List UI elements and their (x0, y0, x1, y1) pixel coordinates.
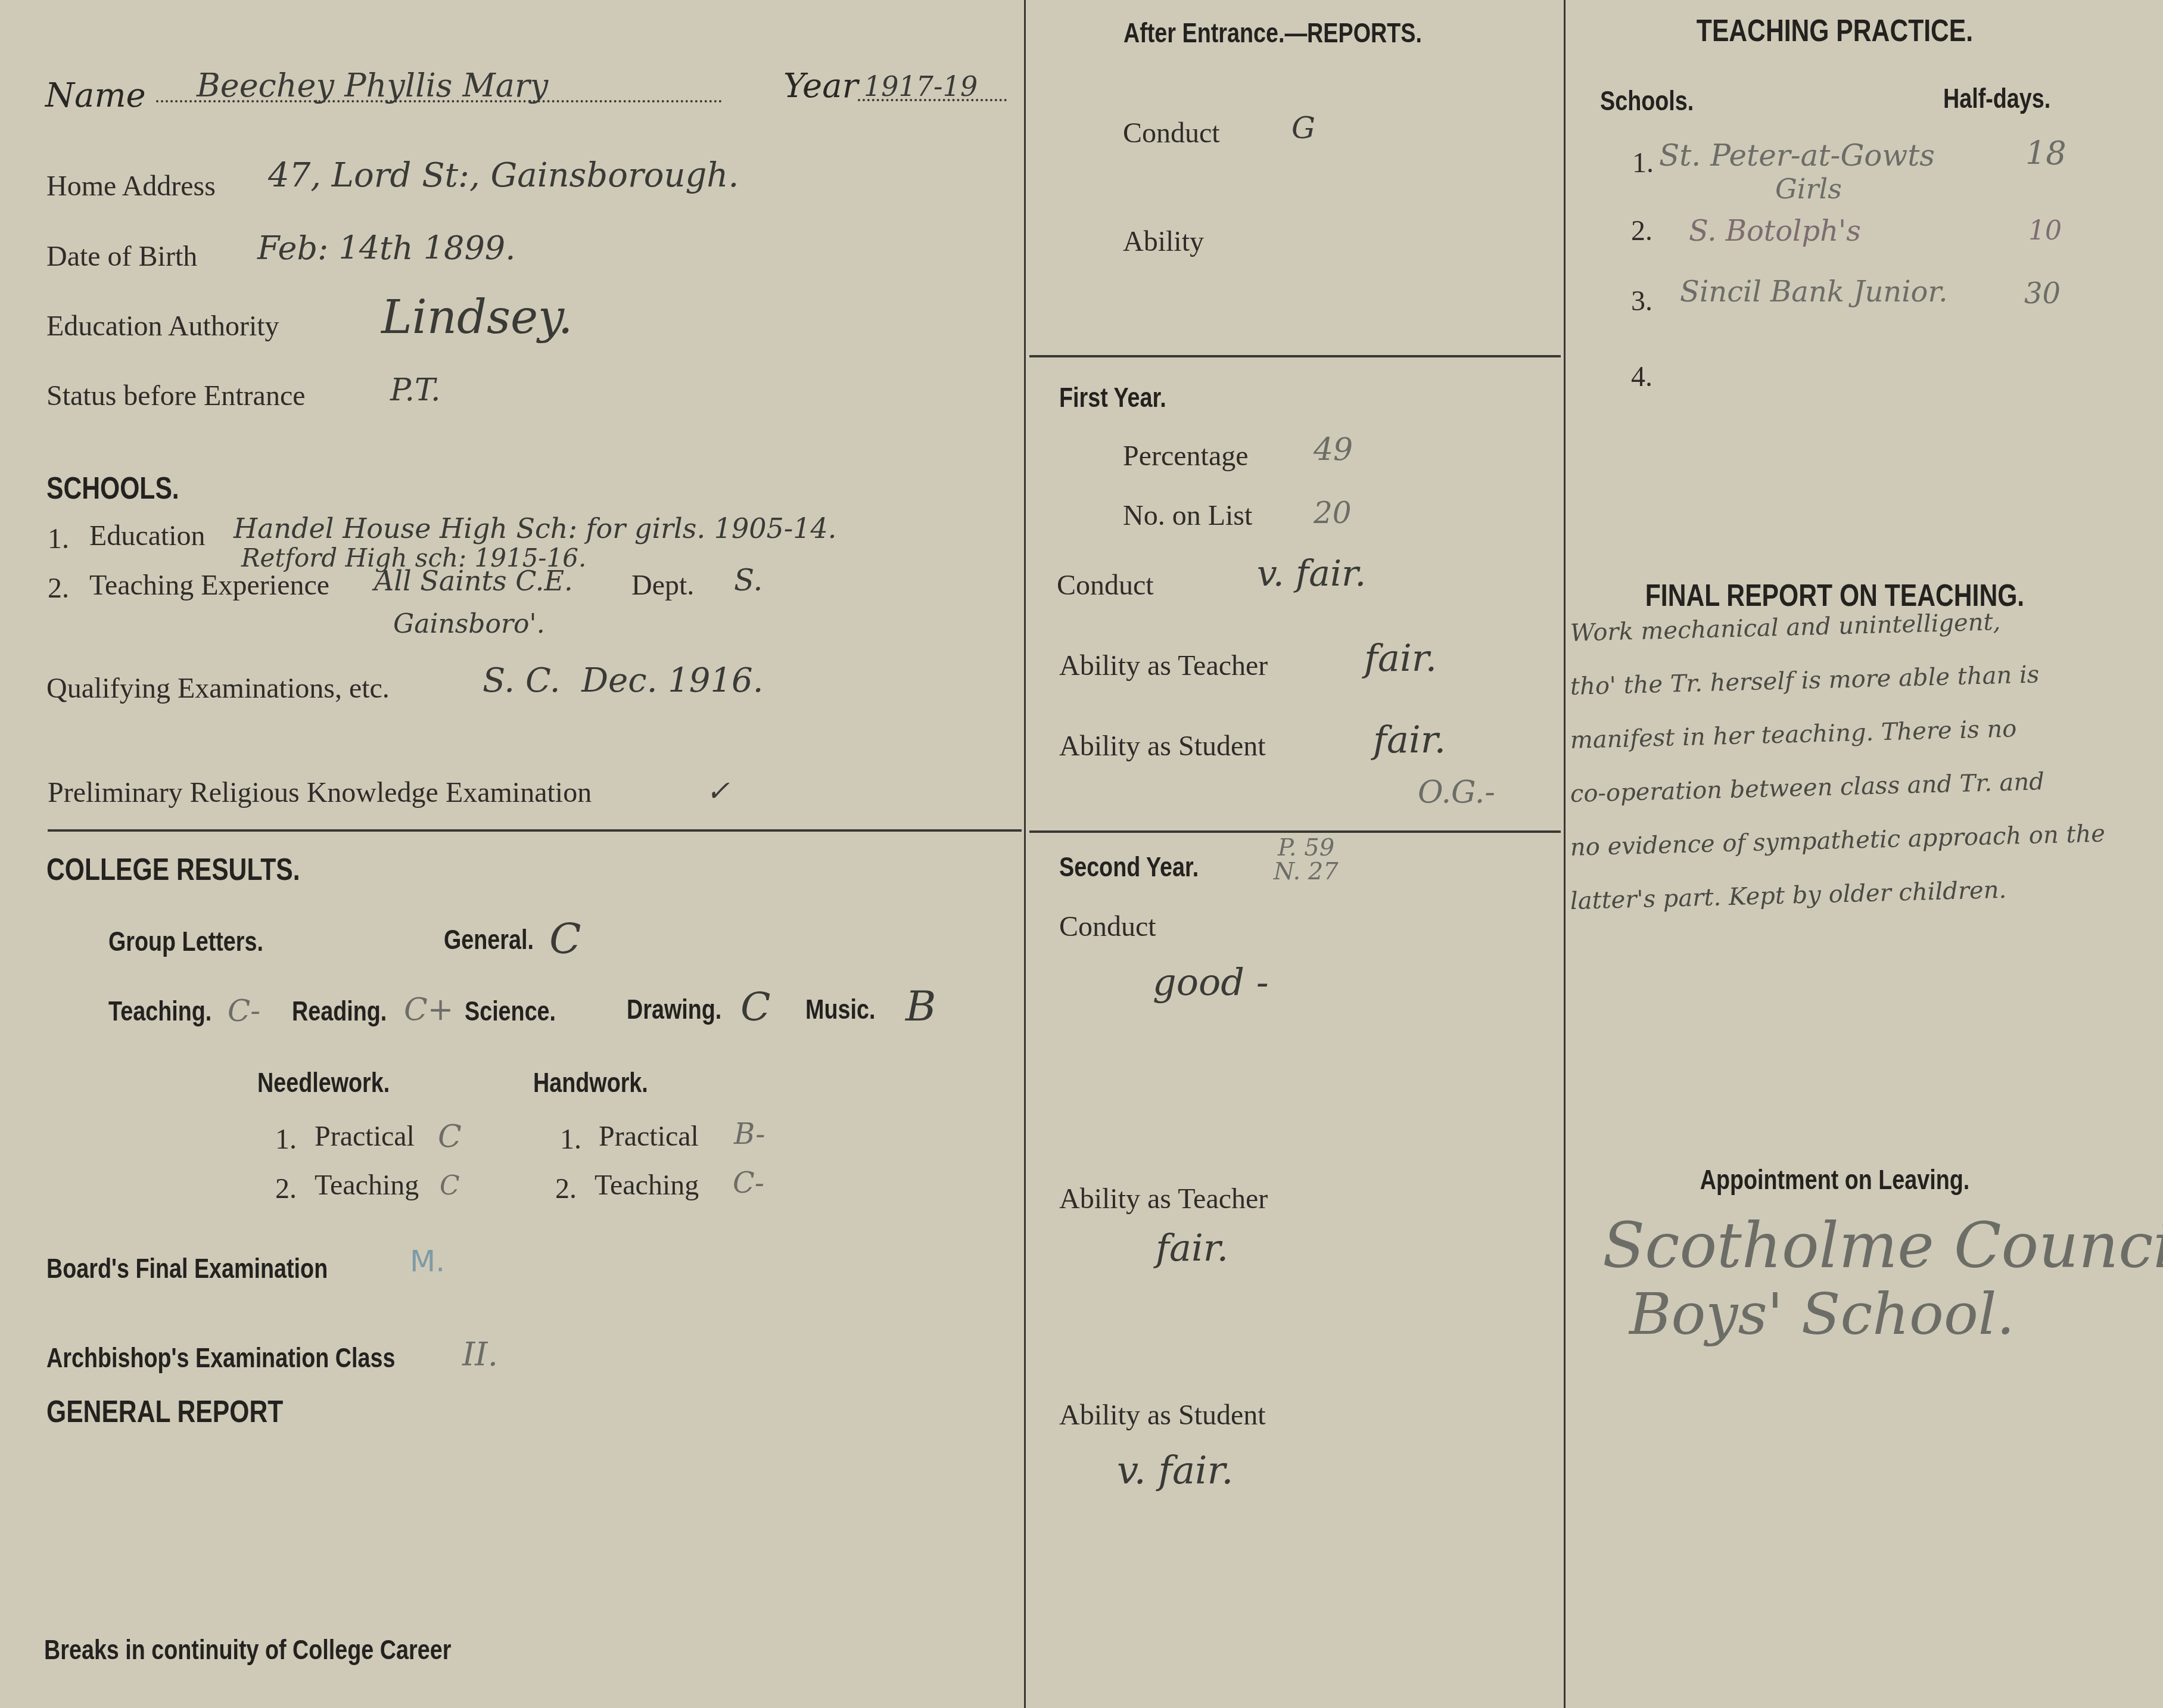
final-report-line: tho' the Tr. herself is more able than i… (1570, 661, 2039, 701)
needlework-practical-label: Practical (315, 1120, 415, 1153)
qualifying-value: S. C. Dec. 1916. (483, 661, 764, 700)
boards-final-label: Board's Final Examination (46, 1252, 328, 1284)
teaching-exp-value: All Saints C.E. (374, 565, 573, 597)
second-year-conduct-label: Conduct (1059, 910, 1156, 943)
general-report-heading: GENERAL REPORT (46, 1394, 283, 1430)
dept-value: S. (734, 563, 763, 598)
practice-row-num: 3. (1631, 285, 1652, 318)
needlework-practical-value: C (438, 1119, 462, 1155)
practice-row-num: 1. (1632, 147, 1654, 179)
practice-row-school-line2: Girls (1775, 173, 1842, 205)
column-divider-left (1024, 0, 1026, 1708)
practice-row-num: 2. (1631, 214, 1652, 247)
practice-row-half-days: 18 (2025, 135, 2066, 172)
half-days-col-label: Half-days. (1943, 82, 2050, 114)
breaks-label: Breaks in continuity of College Career (44, 1634, 451, 1666)
teaching-grade-label: Teaching. (108, 995, 211, 1027)
general-value: C (549, 914, 581, 963)
reading-label: Reading. (292, 995, 387, 1027)
teaching-grade-value: C- (228, 994, 260, 1028)
schools-col-label: Schools. (1600, 85, 1694, 117)
entrance-ability-label: Ability (1123, 225, 1204, 258)
teaching-exp-label: Teaching Experience (89, 569, 329, 602)
dob-label: Date of Birth (46, 240, 197, 273)
first-year-student-label: Ability as Student (1059, 730, 1266, 763)
home-address-label: Home Address (46, 170, 216, 203)
second-year-heading: Second Year. (1059, 851, 1199, 883)
second-year-teacher-value: fair. (1156, 1226, 1228, 1270)
practice-row-school: St. Peter-at-Gowts (1659, 138, 1935, 173)
religious-check-icon: ✓ (706, 774, 730, 808)
second-year-student-label: Ability as Student (1059, 1399, 1266, 1432)
group-letters-label: Group Letters. (108, 925, 263, 957)
first-year-conduct-label: Conduct (1057, 569, 1154, 602)
college-results-heading: COLLEGE RESULTS. (46, 852, 300, 888)
year-value: 1917-19 (864, 70, 978, 102)
practice-row-half-days: 30 (2024, 277, 2061, 310)
first-year-list-label: No. on List (1123, 499, 1252, 532)
handwork-teaching-label: Teaching (595, 1169, 699, 1202)
religious-label: Preliminary Religious Knowledge Examinat… (48, 776, 592, 809)
boards-final-value: M. (410, 1244, 445, 1278)
appointment-line-2: Boys' School. (1629, 1281, 2015, 1348)
second-year-number-note: N. 27 (1274, 858, 1339, 885)
final-report-line: manifest in her teaching. There is no (1570, 715, 2016, 754)
final-report-line: no evidence of sympathetic approach on t… (1570, 820, 2105, 861)
schools-heading: SCHOOLS. (46, 471, 179, 506)
education-value-1: Handel House High Sch: for girls. 1905-1… (234, 512, 836, 545)
status-label: Status before Entrance (46, 379, 305, 412)
practice-row-num: 4. (1631, 360, 1652, 393)
needlework-practical-num: 1. (275, 1123, 297, 1156)
first-year-percentage-label: Percentage (1123, 440, 1249, 472)
archbishop-value: II. (462, 1336, 498, 1373)
science-label: Science. (465, 995, 556, 1027)
dob-value: Feb: 14th 1899. (257, 229, 515, 267)
reading-value: C+ (404, 992, 453, 1028)
education-authority-label: Education Authority (46, 310, 279, 343)
handwork-practical-num: 1. (560, 1123, 581, 1156)
final-report-line: Work mechanical and unintelligent, (1570, 608, 2000, 647)
appointment-heading: Appointment on Leaving. (1630, 1163, 2040, 1196)
second-year-teacher-label: Ability as Teacher (1059, 1183, 1268, 1215)
teaching-exp-value-2: Gainsboro'. (393, 609, 545, 639)
home-address-value: 47, Lord St:, Gainsborough. (268, 156, 739, 195)
education-authority-value: Lindsey. (381, 291, 573, 344)
first-year-conduct-value: v. fair. (1257, 553, 1366, 595)
needlework-teaching-num: 2. (275, 1172, 297, 1205)
second-year-student-value: v. fair. (1117, 1449, 1233, 1493)
first-year-student-value: fair. (1373, 718, 1446, 761)
practice-row-half-days: 10 (2028, 216, 2062, 246)
first-year-heading: First Year. (1059, 381, 1166, 413)
practice-row-school: S. Botolph's (1689, 214, 1861, 248)
education-label: Education (89, 519, 206, 552)
needlework-teaching-value: C (440, 1171, 460, 1201)
middle-section-divider-1 (1029, 355, 1561, 357)
final-report-heading: FINAL REPORT ON TEACHING. (1630, 578, 2040, 614)
status-value: P.T. (390, 372, 441, 408)
music-value: B (905, 982, 936, 1031)
drawing-label: Drawing. (627, 993, 721, 1025)
handwork-label: Handwork. (533, 1066, 648, 1099)
first-year-student-note: O.G.- (1418, 774, 1495, 810)
education-num: 1. (48, 522, 69, 555)
handwork-teaching-value: C- (733, 1166, 764, 1200)
entrance-conduct-value: G (1291, 111, 1315, 145)
dept-label: Dept. (631, 569, 694, 602)
practice-row-school: Sincil Bank Junior. (1680, 275, 1947, 309)
needlework-label: Needlework. (257, 1066, 390, 1099)
music-label: Music. (805, 993, 875, 1025)
column-divider-right (1564, 0, 1566, 1708)
left-section-divider (48, 829, 1022, 832)
archbishop-label: Archbishop's Examination Class (46, 1342, 395, 1374)
entrance-conduct-label: Conduct (1123, 117, 1220, 150)
reports-heading: After Entrance.—REPORTS. (1123, 17, 1422, 49)
final-report-line: co-operation between class and Tr. and (1570, 768, 2044, 808)
second-year-conduct-value: good - (1153, 960, 1269, 1004)
middle-section-divider-2 (1029, 830, 1561, 833)
qualifying-label: Qualifying Examinations, etc. (46, 672, 390, 705)
needlework-teaching-label: Teaching (315, 1169, 419, 1202)
handwork-practical-label: Practical (599, 1120, 699, 1153)
handwork-practical-value: B- (734, 1118, 765, 1151)
first-year-list-value: 20 (1314, 496, 1352, 530)
appointment-line-1: Scotholme Council (1602, 1209, 2163, 1282)
first-year-percentage-value: 49 (1314, 432, 1353, 468)
drawing-value: C (740, 984, 771, 1030)
name-value: Beechey Phyllis Mary (197, 67, 548, 104)
teaching-practice-heading: TEACHING PRACTICE. (1630, 13, 2040, 49)
handwork-teaching-num: 2. (555, 1172, 577, 1205)
first-year-teacher-value: fair. (1364, 636, 1437, 680)
teaching-exp-num: 2. (48, 572, 69, 605)
year-label: Year (783, 67, 858, 105)
final-report-line: latter's part. Kept by older children. (1570, 876, 2006, 915)
first-year-teacher-label: Ability as Teacher (1059, 649, 1268, 682)
general-label: General. (444, 923, 534, 956)
name-label: Name (45, 76, 146, 115)
